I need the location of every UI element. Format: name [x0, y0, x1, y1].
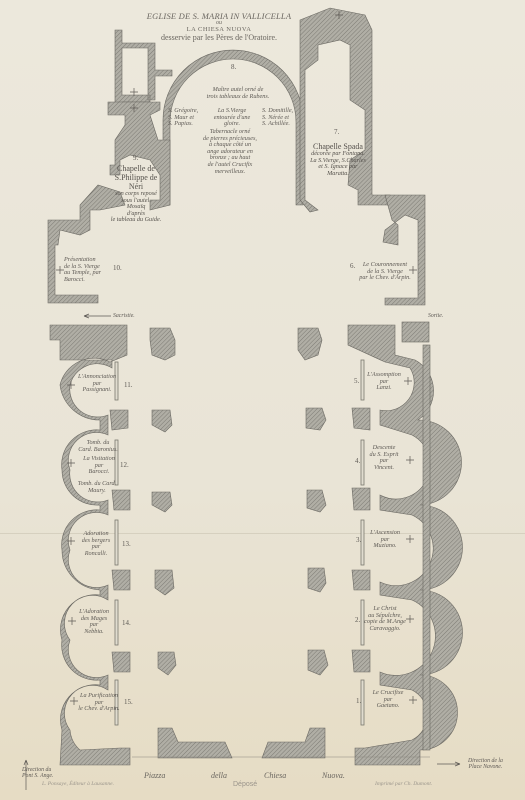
printer-credit: Imprimé par Ch. Dumont.: [375, 781, 432, 787]
piazza-word-3: Chiesa: [264, 771, 286, 780]
plan-subtitle: LA CHIESA NUOVA: [138, 26, 300, 33]
piazza-word-1: Piazza: [144, 771, 165, 780]
chapel-1-label: Le CrucifixeparGaetano.: [366, 690, 410, 710]
chapel-11-number: 11.: [124, 381, 133, 389]
maitre-autel-label: Maître autel orné detrois tableaux de Ru…: [198, 87, 278, 100]
chapel-13-number: 13.: [122, 540, 131, 548]
chapel-2-number: 2.: [355, 616, 360, 624]
chapel-15-number: 15.: [124, 698, 133, 706]
chapel-4-label: Descentedu S. EspritparVincent.: [364, 445, 404, 471]
spada-number: 7.: [334, 128, 339, 136]
chapel-2-label: Le Christau Sépulchre,copie de M.AngeCar…: [362, 606, 408, 632]
chapel-3-number: 3.: [356, 536, 361, 544]
transept-right-wall: [383, 195, 425, 305]
pier: [158, 652, 176, 675]
sortie-label: Sortie.: [428, 313, 443, 319]
chapel-4-number: 4.: [355, 457, 360, 465]
pier: [152, 410, 172, 432]
sacristie-label: Sacristie.: [113, 313, 135, 319]
philippe-number: 9.: [133, 154, 138, 162]
piazza-word-4: Nuova.: [322, 771, 345, 780]
chapel-15-label: La Purificationparle Chev. d'Arpin.: [74, 693, 124, 713]
direction-pont-label: Direction duPont S. Ange.: [22, 767, 53, 779]
chapel-12-number: 12.: [120, 461, 129, 469]
pier: [155, 570, 174, 595]
transept-left-label: Présentationde la S. Viergeau Temple, pa…: [64, 257, 108, 283]
chapel-11-label: L'AnnonciationparPassignani.: [72, 374, 122, 394]
pier: [112, 652, 130, 672]
chapel-1-number: 1.: [356, 697, 361, 705]
altar-cross-icon: [406, 456, 414, 464]
plan-caption: desservie par les Pères de l'Oratoire.: [138, 33, 300, 42]
chapel-14-number: 14.: [122, 619, 131, 627]
facade-right: [262, 728, 325, 758]
pier: [298, 328, 322, 360]
tomb-baronius-label: Tomb. duCard. Baronius.: [75, 440, 121, 453]
tabernacle-label: Tabernacle ornéde pierres précieuses,à c…: [200, 129, 260, 175]
apse-right-panel: S. Domitille,S. Nérée etS. Achillée.: [262, 108, 300, 128]
arrow-left-icon: [84, 314, 111, 318]
pier: [352, 408, 370, 430]
arrow-right-icon: [437, 762, 460, 766]
chapel-13-label: Adorationdes bergersparRoncalli.: [74, 531, 118, 557]
chapel-3-label: L'AscensionparMuziano.: [364, 530, 406, 550]
altar-cross-icon: [409, 696, 417, 704]
facade-left: [158, 728, 232, 758]
publisher-credit: L. Ponsaye, Éditeur à Lausanne.: [42, 781, 114, 787]
tomb-maury-label: Tomb. du Card.Maury.: [74, 481, 120, 494]
apse-center-panel: La S.Viergeentourée d'unegloire.: [210, 108, 254, 128]
piazza-word-2: della: [211, 771, 227, 780]
transept-right-number: 6.: [350, 262, 355, 270]
pier: [352, 570, 370, 590]
transept-right-label: Le Couronnementde la S. Viergepar le Che…: [358, 262, 412, 282]
altar-cross-icon: [406, 535, 414, 543]
chapel-5-label: L'AssomptionparLanzi.: [362, 372, 406, 392]
transept-left-number: 10.: [113, 264, 122, 272]
apse-left-panel: S. Grégoire,S. Maur etS. Papias.: [168, 108, 206, 128]
pier: [150, 328, 175, 360]
chapel-14-label: L'Adorationdes MagesparNebbia.: [72, 609, 116, 635]
spada-chapel-wall: [300, 8, 390, 212]
pier: [308, 568, 326, 592]
spada-chapel-label: Chapelle Spada décorée par Fontana. La S…: [308, 142, 368, 177]
chapel-5-number: 5.: [354, 377, 359, 385]
sortie-block: [402, 322, 429, 342]
pier: [112, 570, 130, 590]
pier: [110, 410, 128, 430]
philippe-chapel-label: Chapelle de S.Philippe de Néri son corps…: [108, 164, 164, 224]
pier: [307, 490, 326, 512]
exterior-wall-right: [423, 345, 430, 750]
altar-cross-icon: [56, 266, 64, 274]
pier: [352, 488, 370, 510]
pier: [352, 650, 370, 672]
pier: [152, 492, 172, 512]
pier: [308, 650, 328, 675]
depose-mark: Déposé: [233, 781, 257, 788]
pier: [306, 408, 326, 430]
direction-navone-label: Direction de laPlace Navone.: [468, 758, 503, 770]
chapel-12-label: La VisitationparBarocci.: [74, 456, 124, 476]
balustrade: [361, 680, 364, 725]
apse-number: 8.: [231, 63, 236, 71]
